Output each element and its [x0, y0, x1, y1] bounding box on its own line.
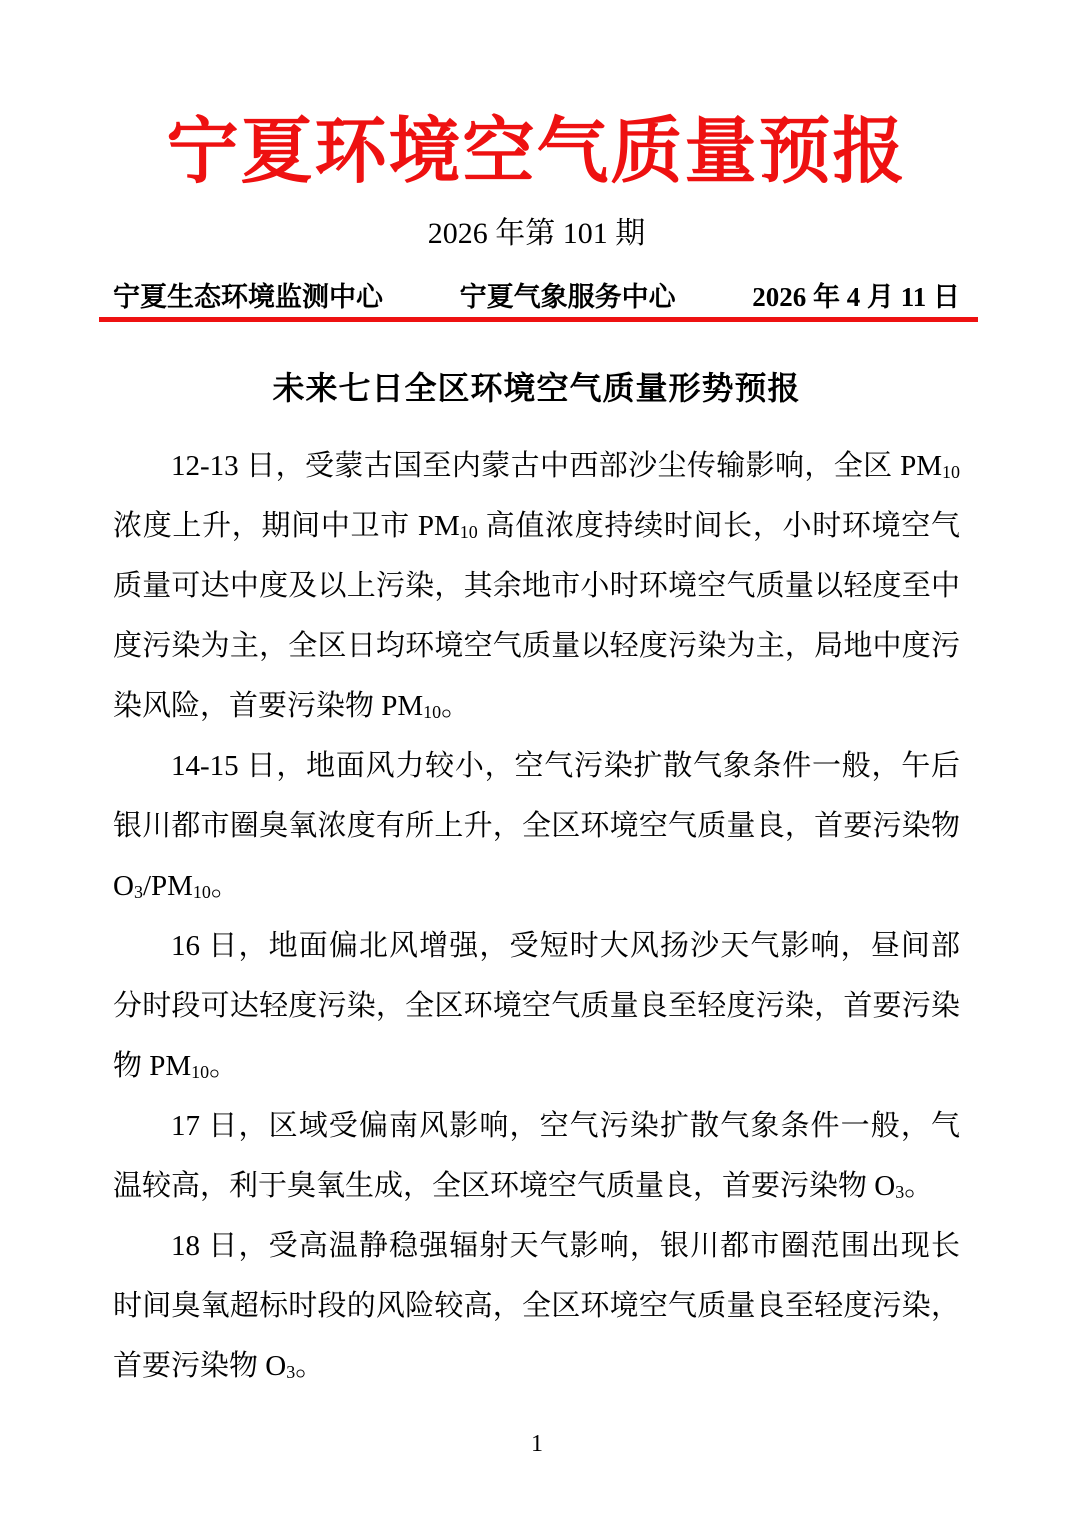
- page-number: 1: [0, 1430, 1074, 1458]
- forecast-paragraph-16: 16 日，地面偏北风增强，受短时大风扬沙天气影响，昼间部分时段可达轻度污染，全区…: [113, 916, 960, 1096]
- forecast-paragraph-17: 17 日，区域受偏南风影响，空气污染扩散气象条件一般，气温较高，利于臭氧生成，全…: [113, 1096, 960, 1216]
- masthead-row: 宁夏生态环境监测中心 宁夏气象服务中心 2026 年 4 月 11 日: [113, 280, 960, 314]
- document-title: 宁夏环境空气质量预报: [113, 104, 960, 200]
- org-name-center: 宁夏气象服务中心: [460, 280, 676, 314]
- section-title: 未来七日全区环境空气质量形势预报: [113, 368, 960, 408]
- red-divider-line: [99, 317, 978, 322]
- forecast-body: 12-13 日，受蒙古国至内蒙古中西部沙尘传输影响，全区 PM10浓度上升，期间…: [113, 436, 960, 1396]
- forecast-paragraph-12-13: 12-13 日，受蒙古国至内蒙古中西部沙尘传输影响，全区 PM10浓度上升，期间…: [113, 436, 960, 736]
- issue-date: 2026 年 4 月 11 日: [752, 280, 960, 314]
- document-page: 宁夏环境空气质量预报 2026 年第 101 期 宁夏生态环境监测中心 宁夏气象…: [0, 0, 1074, 1520]
- issue-number-line: 2026 年第 101 期: [113, 216, 960, 252]
- forecast-paragraph-14-15: 14-15 日，地面风力较小，空气污染扩散气象条件一般，午后银川都市圈臭氧浓度有…: [113, 736, 960, 916]
- forecast-paragraph-18: 18 日，受高温静稳强辐射天气影响，银川都市圈范围出现长时间臭氧超标时段的风险较…: [113, 1216, 960, 1396]
- org-name-left: 宁夏生态环境监测中心: [113, 280, 383, 314]
